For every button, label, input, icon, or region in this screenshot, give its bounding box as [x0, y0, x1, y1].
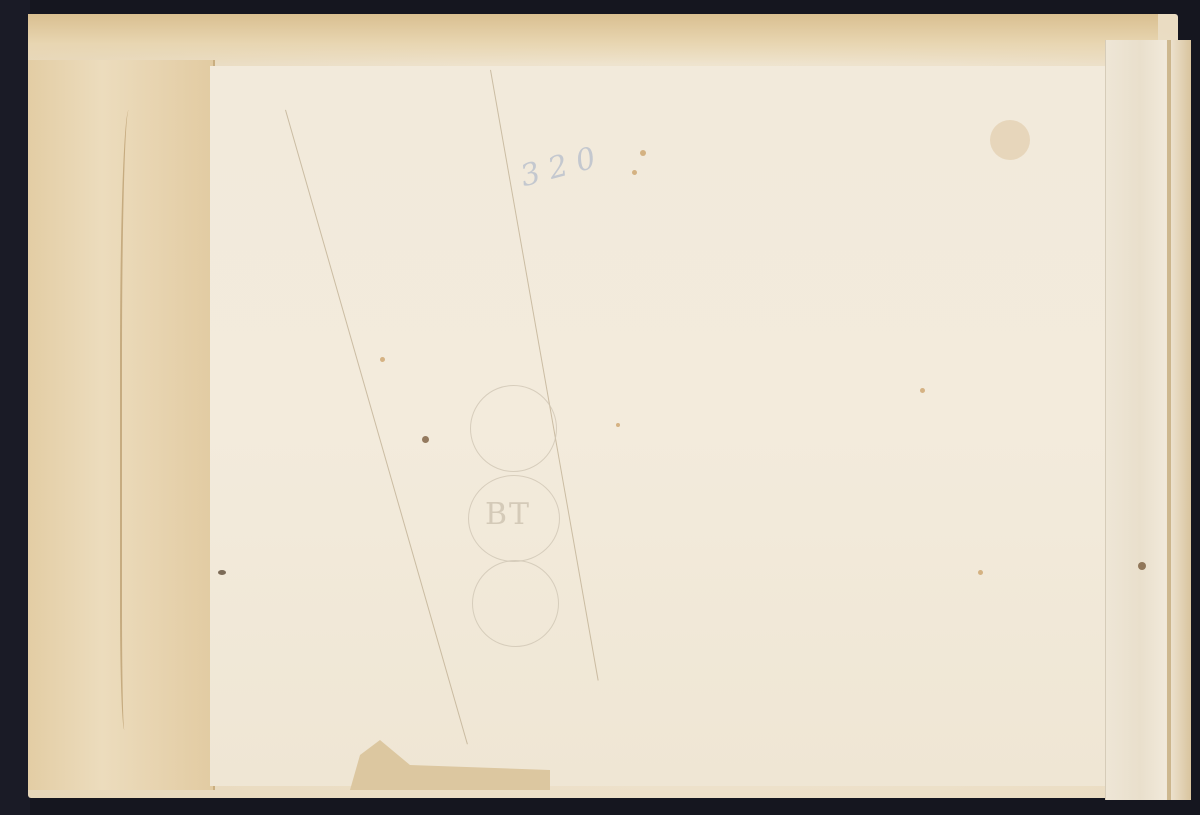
foxing-spot — [990, 120, 1030, 160]
watermark-circle-top — [470, 385, 557, 472]
foxing-spot — [920, 388, 925, 393]
scanner-background — [0, 0, 30, 815]
foxing-spot — [422, 436, 429, 443]
foxing-spot — [380, 357, 385, 362]
flap-crease — [120, 110, 142, 730]
watermark-circle-bottom — [472, 560, 559, 647]
foxing-spot — [616, 423, 620, 427]
top-edge-stain — [28, 14, 1158, 64]
foxing-spot — [978, 570, 983, 575]
inner-sheet — [210, 66, 1110, 786]
right-page-edges — [1105, 40, 1191, 800]
foxing-spot — [632, 170, 637, 175]
foxing-spot — [218, 570, 226, 575]
foxing-spot — [640, 150, 646, 156]
watermark-text: BT — [485, 497, 531, 532]
foxing-spot — [1138, 562, 1146, 570]
